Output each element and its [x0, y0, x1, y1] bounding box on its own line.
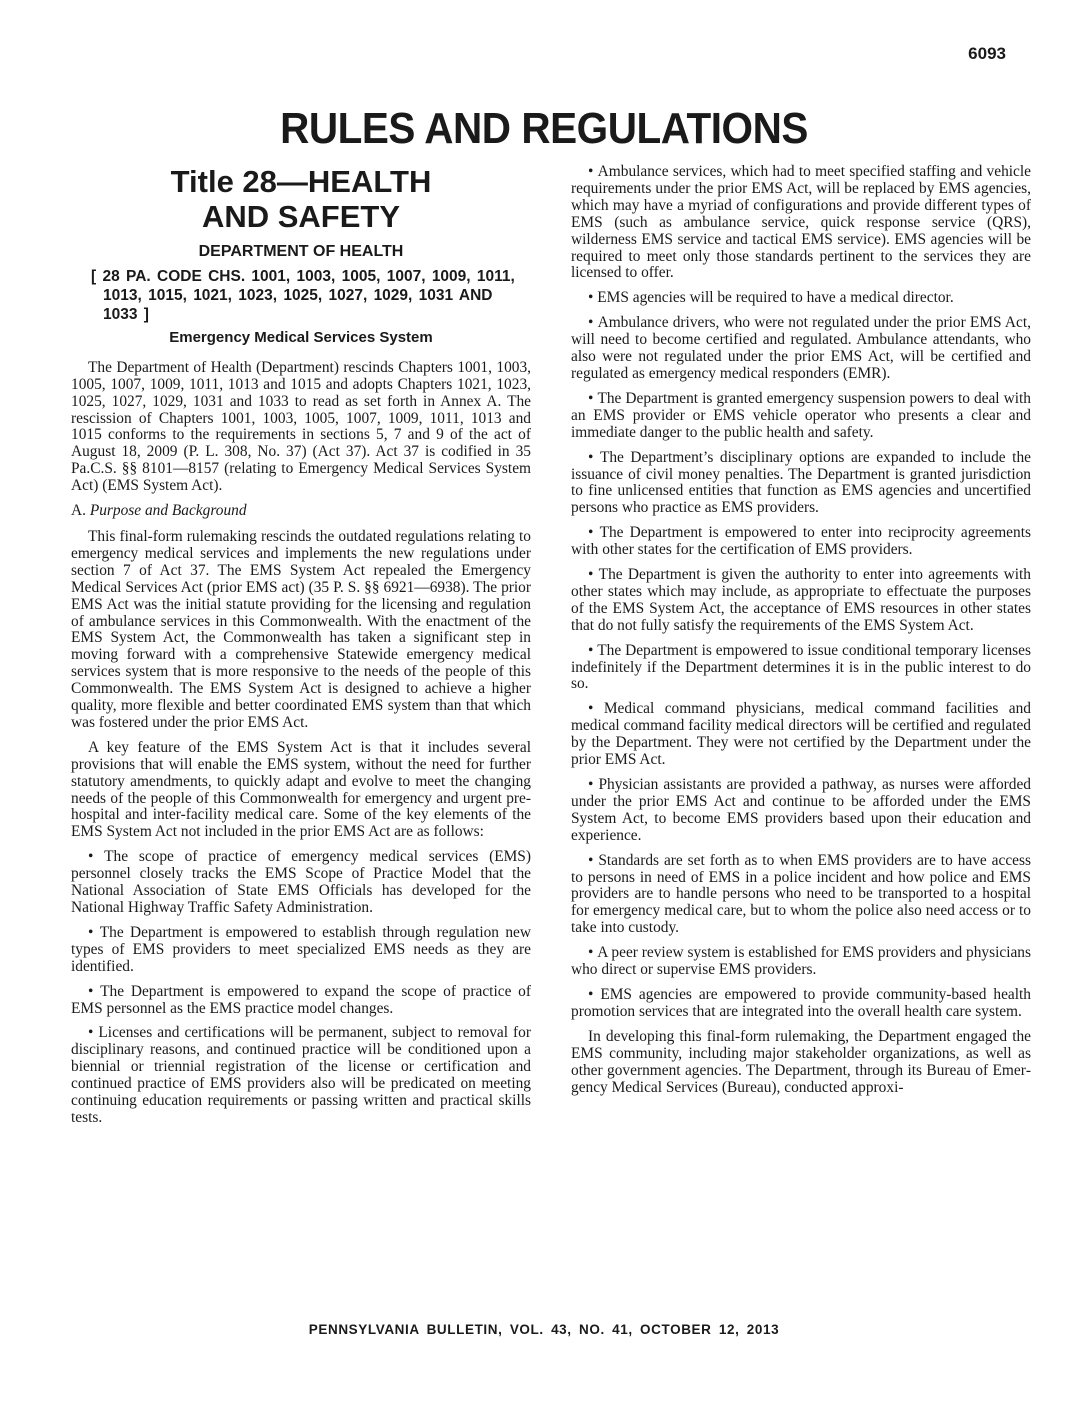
title-line-2: AND SAFETY [71, 199, 531, 234]
bullet-item: Standards are set forth as to when EMS p… [571, 853, 1031, 938]
page-number: 6093 [968, 44, 1006, 64]
rule-subject: Emergency Medical Services System [71, 330, 531, 347]
intro-paragraph: The Department of Health (Department) re… [71, 360, 531, 495]
bullet-item: The Department is granted emergency susp… [571, 391, 1031, 442]
page-footer: PENNSYLVANIA BULLETIN, VOL. 43, NO. 41, … [0, 1322, 1088, 1337]
title-heading: Title 28—HEALTH AND SAFETY [71, 164, 531, 234]
subsection-heading: A. Purpose and Background [71, 503, 531, 520]
title-line-1: Title 28—HEALTH [71, 164, 531, 199]
bullet-item: The Department is empowered to enter int… [571, 525, 1031, 559]
bullet-item: The Department is empowered to expand th… [71, 984, 531, 1018]
right-column: Ambulance services, which had to meet sp… [571, 164, 1031, 1104]
bullet-item: The scope of practice of emergency medic… [71, 849, 531, 917]
left-column: Title 28—HEALTH AND SAFETY DEPARTMENT OF… [71, 164, 531, 1135]
bullet-item: Ambulance drivers, who were not regulate… [571, 315, 1031, 383]
subsection-letter: A. [71, 502, 90, 519]
bullet-item: The Department is empowered to establish… [71, 925, 531, 976]
closing-paragraph: In developing this final-form rulemaking… [571, 1029, 1031, 1097]
bullet-item: The Department’s disciplinary options ar… [571, 450, 1031, 518]
bullet-item: The Department is empowered to issue con… [571, 643, 1031, 694]
bullet-item: EMS agencies are empowered to provide co… [571, 987, 1031, 1021]
bullet-item: The Department is given the authority to… [571, 567, 1031, 635]
code-chapters: [ 28 PA. CODE CHS. 1001, 1003, 1005, 100… [91, 267, 531, 324]
bullet-item: A peer review system is established for … [571, 945, 1031, 979]
body-paragraph: This final-form rulemaking rescinds the … [71, 529, 531, 732]
body-paragraph: A key feature of the EMS System Act is t… [71, 740, 531, 841]
bullet-item: Ambulance services, which had to meet sp… [571, 164, 1031, 282]
department-name: DEPARTMENT OF HEALTH [71, 244, 531, 261]
bullet-item: Physician assistants are provided a path… [571, 777, 1031, 845]
bullet-item: EMS agencies will be required to have a … [571, 290, 1031, 307]
bullet-item: Licenses and certifications will be perm… [71, 1025, 531, 1126]
section-heading: RULES AND REGULATIONS [44, 104, 1045, 154]
subsection-title: Purpose and Background [90, 502, 247, 519]
bullet-item: Medical command physicians, medical comm… [571, 701, 1031, 769]
